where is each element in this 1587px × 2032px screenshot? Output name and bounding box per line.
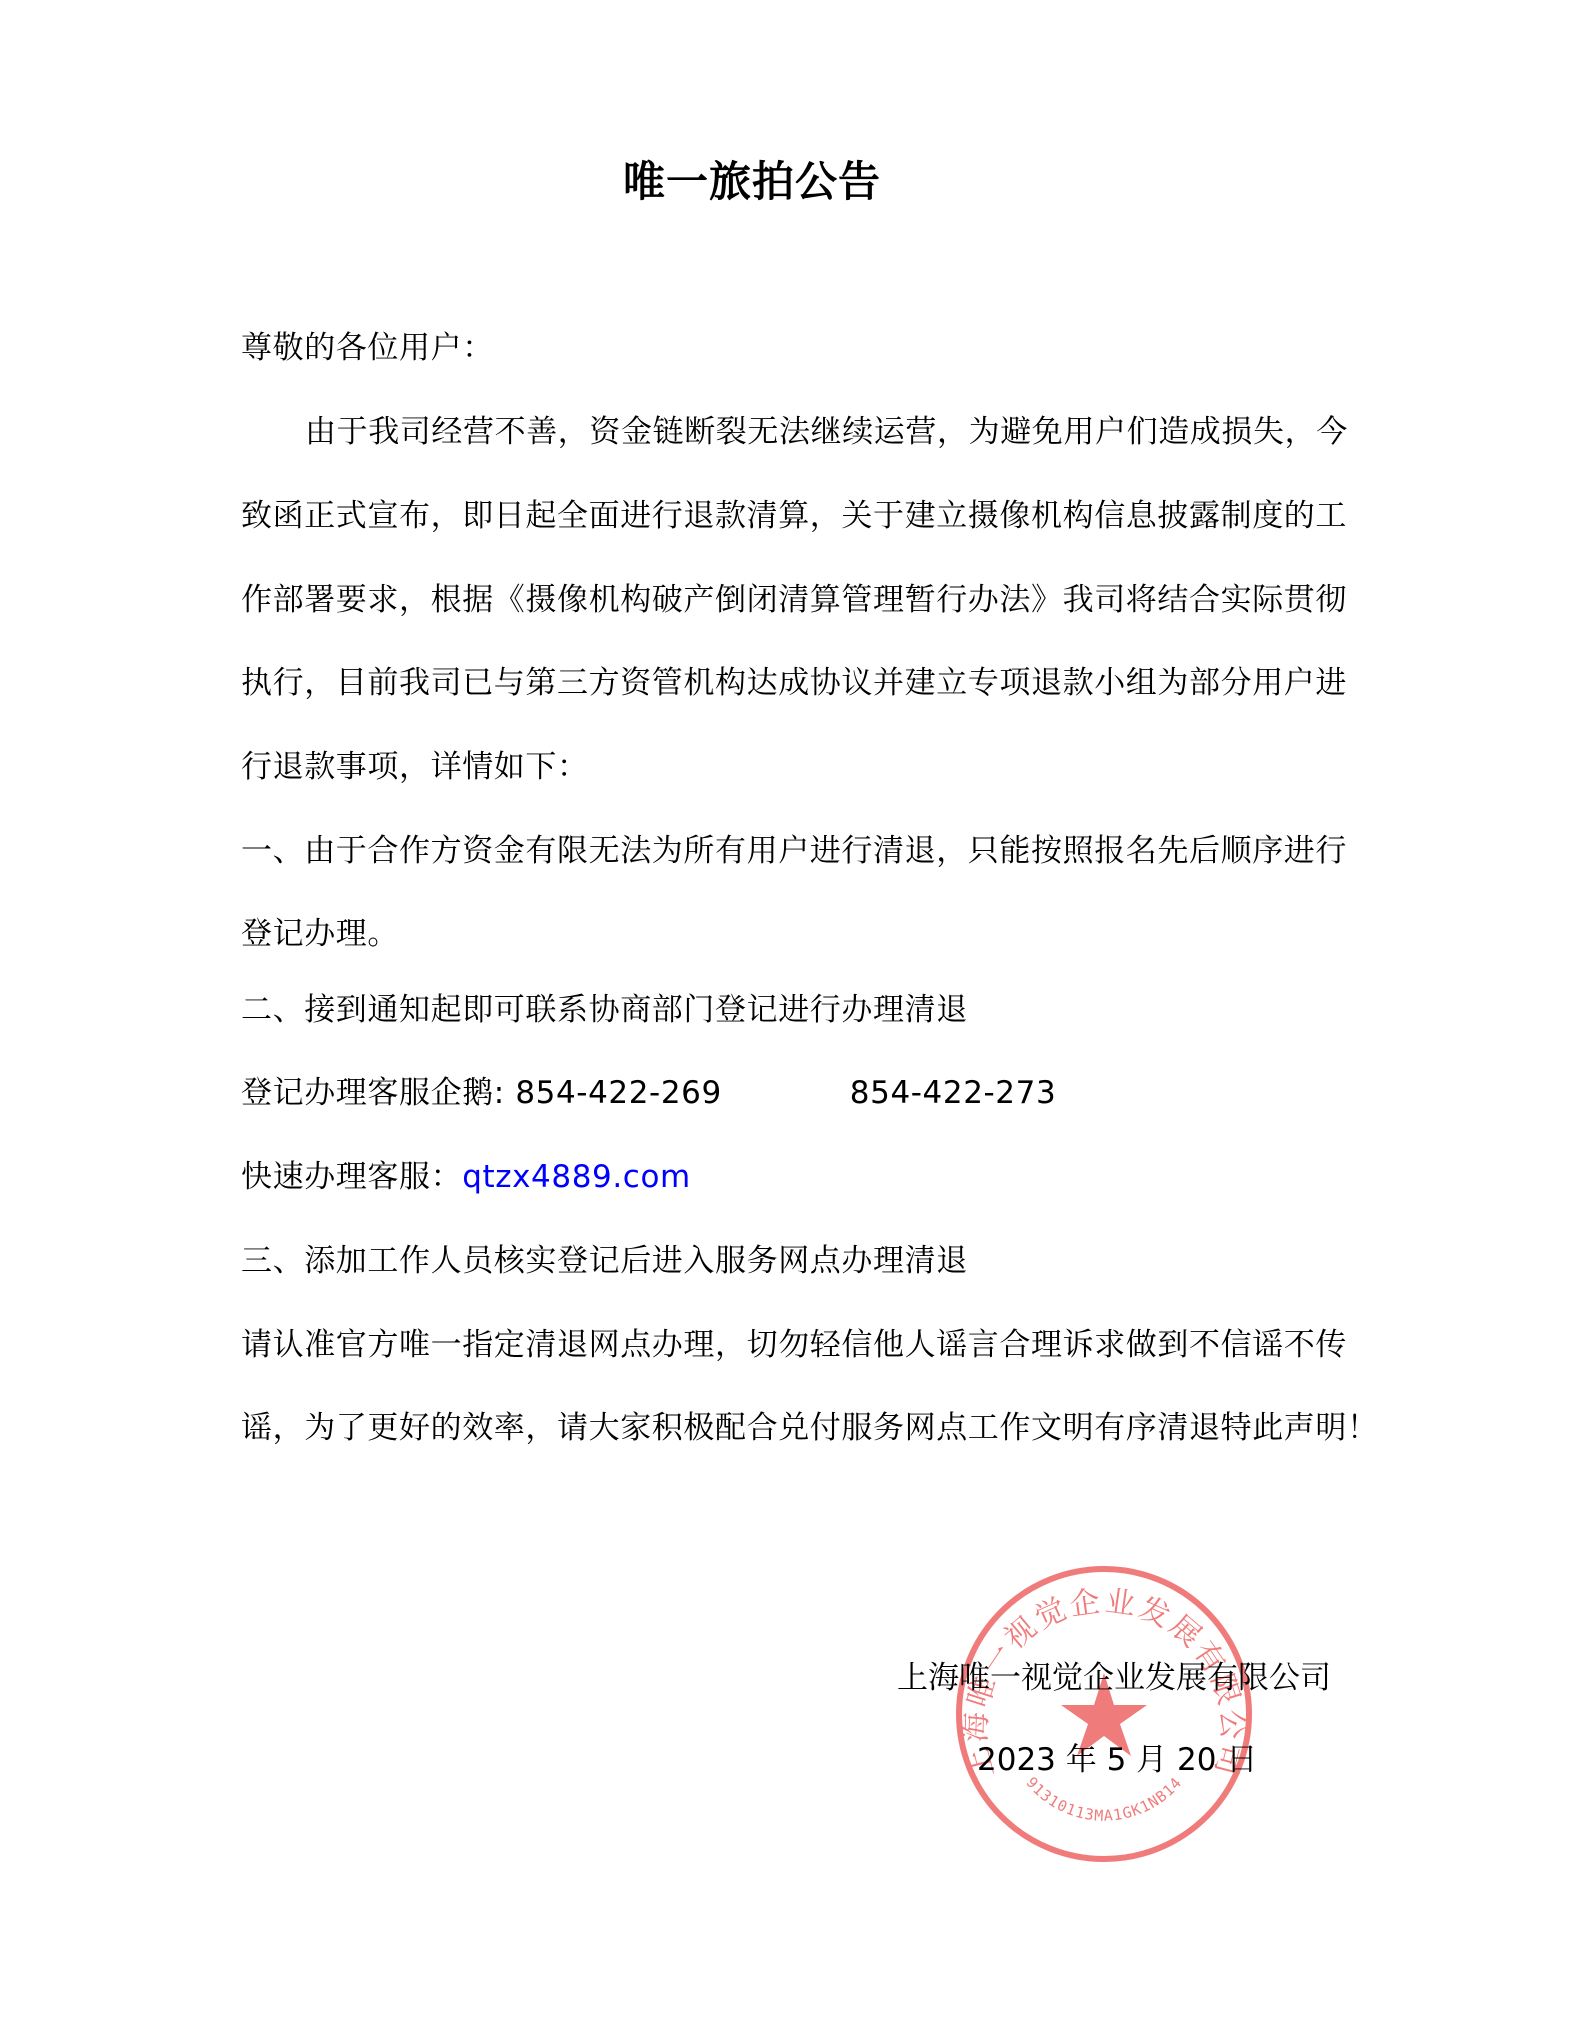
body-line: 行退款事项，详情如下：	[241, 745, 1351, 789]
signature-company: 上海唯一视觉企业发展有限公司	[897, 1656, 1331, 1700]
contact-qq-line: 登记办理客服企鹅: 854-422-269854-422-273	[241, 1071, 1351, 1115]
item-one-line: 一、由于合作方资金有限无法为所有用户进行清退，只能按照报名先后顺序进行	[241, 829, 1351, 873]
closing-line: 请认准官方唯一指定清退网点办理，切勿轻信他人谣言合理诉求做到不信谣不传	[241, 1323, 1351, 1367]
page-title: 唯一旅拍公告	[0, 152, 1504, 212]
body-line: 作部署要求，根据《摄像机构破产倒闭清算管理暂行办法》我司将结合实际贯彻	[241, 578, 1351, 622]
item-two-line: 二、接到通知起即可联系协商部门登记进行办理清退	[241, 988, 1351, 1032]
company-seal: 上海唯一视觉企业发展有限公司 91310113MA1GK1NB14	[955, 1565, 1253, 1863]
contact-qq-number-2: 854-422-273	[850, 1075, 1056, 1111]
body-line: 执行，目前我司已与第三方资管机构达成协议并建立专项退款小组为部分用户进	[241, 661, 1351, 705]
announcement-page: 唯一旅拍公告 尊敬的各位用户： 由于我司经营不善，资金链断裂无法继续运营，为避免…	[0, 0, 1587, 2032]
closing-line: 谣，为了更好的效率，请大家积极配合兑付服务网点工作文明有序清退特此声明！	[241, 1406, 1351, 1450]
quick-service-link[interactable]: qtzx4889.com	[462, 1159, 691, 1195]
body-line: 由于我司经营不善，资金链断裂无法继续运营，为避免用户们造成损失，今	[305, 410, 1415, 454]
contact-qq-label: 登记办理客服企鹅:	[241, 1075, 515, 1111]
signature-date: 2023 年 5 月 20 日	[977, 1738, 1257, 1782]
item-one-line: 登记办理。	[241, 912, 1351, 956]
quick-service-label: 快速办理客服：	[241, 1159, 462, 1195]
salutation: 尊敬的各位用户：	[241, 326, 1351, 370]
item-three-line: 三、添加工作人员核实登记后进入服务网点办理清退	[241, 1239, 1351, 1283]
quick-service-line: 快速办理客服：qtzx4889.com	[241, 1155, 1351, 1199]
body-line: 致函正式宣布，即日起全面进行退款清算，关于建立摄像机构信息披露制度的工	[241, 494, 1351, 538]
contact-qq-number-1: 854-422-269	[515, 1075, 721, 1111]
